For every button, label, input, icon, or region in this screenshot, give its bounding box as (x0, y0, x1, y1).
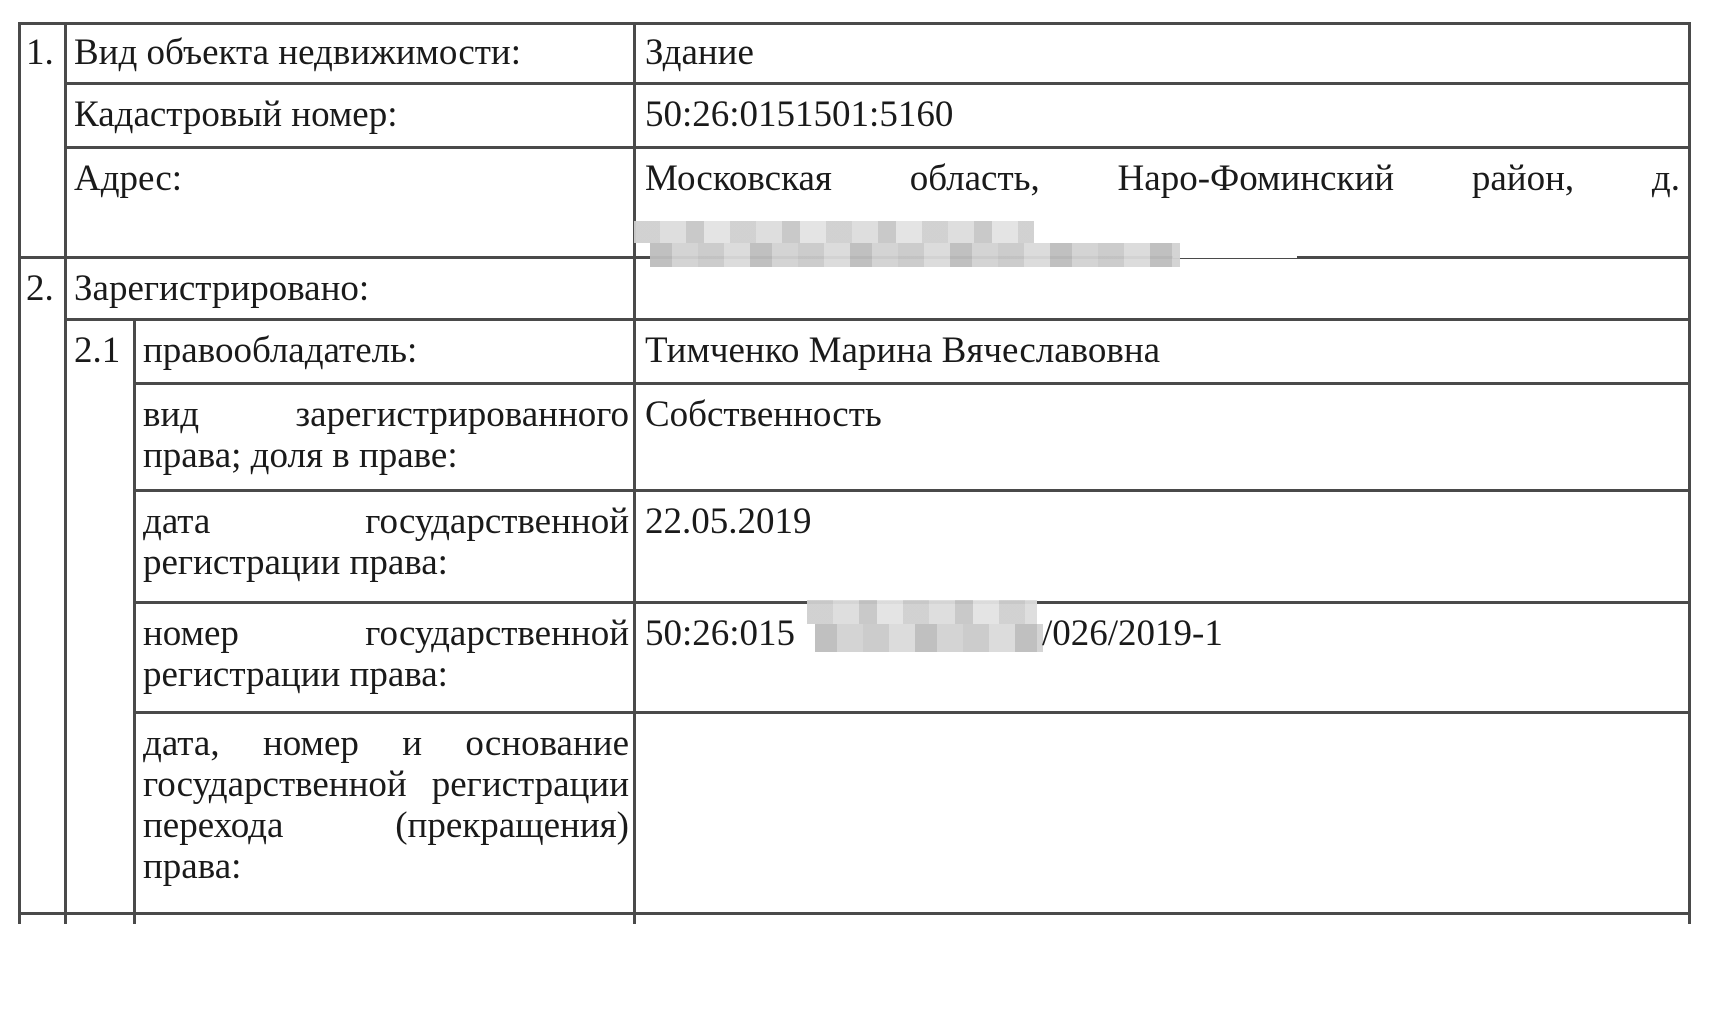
field-value-cadastral-number: 50:26:0151501:5160 (645, 94, 953, 135)
table-border-bottom (19, 912, 1691, 915)
redacted-address (650, 243, 1180, 267)
subnumber-column-divider (133, 318, 136, 924)
field-label-object-type: Вид объекта недвижимости: (74, 32, 521, 73)
redacted-registration-number (807, 600, 1037, 624)
table-border-left (18, 22, 21, 924)
row-divider (134, 382, 1691, 385)
redacted-address (634, 221, 1034, 243)
section-number: 1. (26, 32, 54, 73)
number-column-divider (64, 22, 67, 924)
field-value-right-type: Собственность (645, 394, 882, 435)
field-value-registration-number-prefix: 50:26:015 (645, 613, 795, 654)
field-label-registration-date: дата государственной регистрации права: (143, 501, 629, 583)
row-divider (134, 711, 1691, 714)
row-divider (134, 489, 1691, 492)
field-label-transfer-basis: дата, номер и основание государственной … (143, 723, 629, 887)
row-divider (65, 318, 1691, 321)
field-label-right-type: вид зарегистрированного права; доля в пр… (143, 394, 629, 476)
section-number: 2. (26, 268, 54, 309)
label-value-divider (633, 22, 636, 924)
table-border-right (1688, 22, 1691, 924)
field-value-right-holder: Тимченко Марина Вячеславовна (645, 330, 1160, 371)
border-artifact (1173, 256, 1297, 258)
table-border-top (19, 22, 1691, 25)
field-value-object-type: Здание (645, 32, 754, 73)
redacted-registration-number (815, 624, 1043, 652)
field-label-registration-number: номер государственной регистрации права: (143, 613, 629, 695)
field-value-registration-date: 22.05.2019 (645, 501, 812, 542)
field-label-cadastral-number: Кадастровый номер: (74, 94, 398, 135)
field-value-address: Московская область, Наро-Фоминский район… (645, 158, 1680, 199)
row-divider (65, 146, 1691, 149)
field-label-registered: Зарегистрировано: (74, 268, 369, 309)
field-value-registration-number-suffix: /026/2019-1 (1042, 613, 1223, 654)
field-label-address: Адрес: (74, 158, 182, 199)
field-label-right-holder: правообладатель: (143, 330, 417, 371)
row-divider (65, 82, 1691, 85)
subsection-number: 2.1 (74, 330, 120, 371)
